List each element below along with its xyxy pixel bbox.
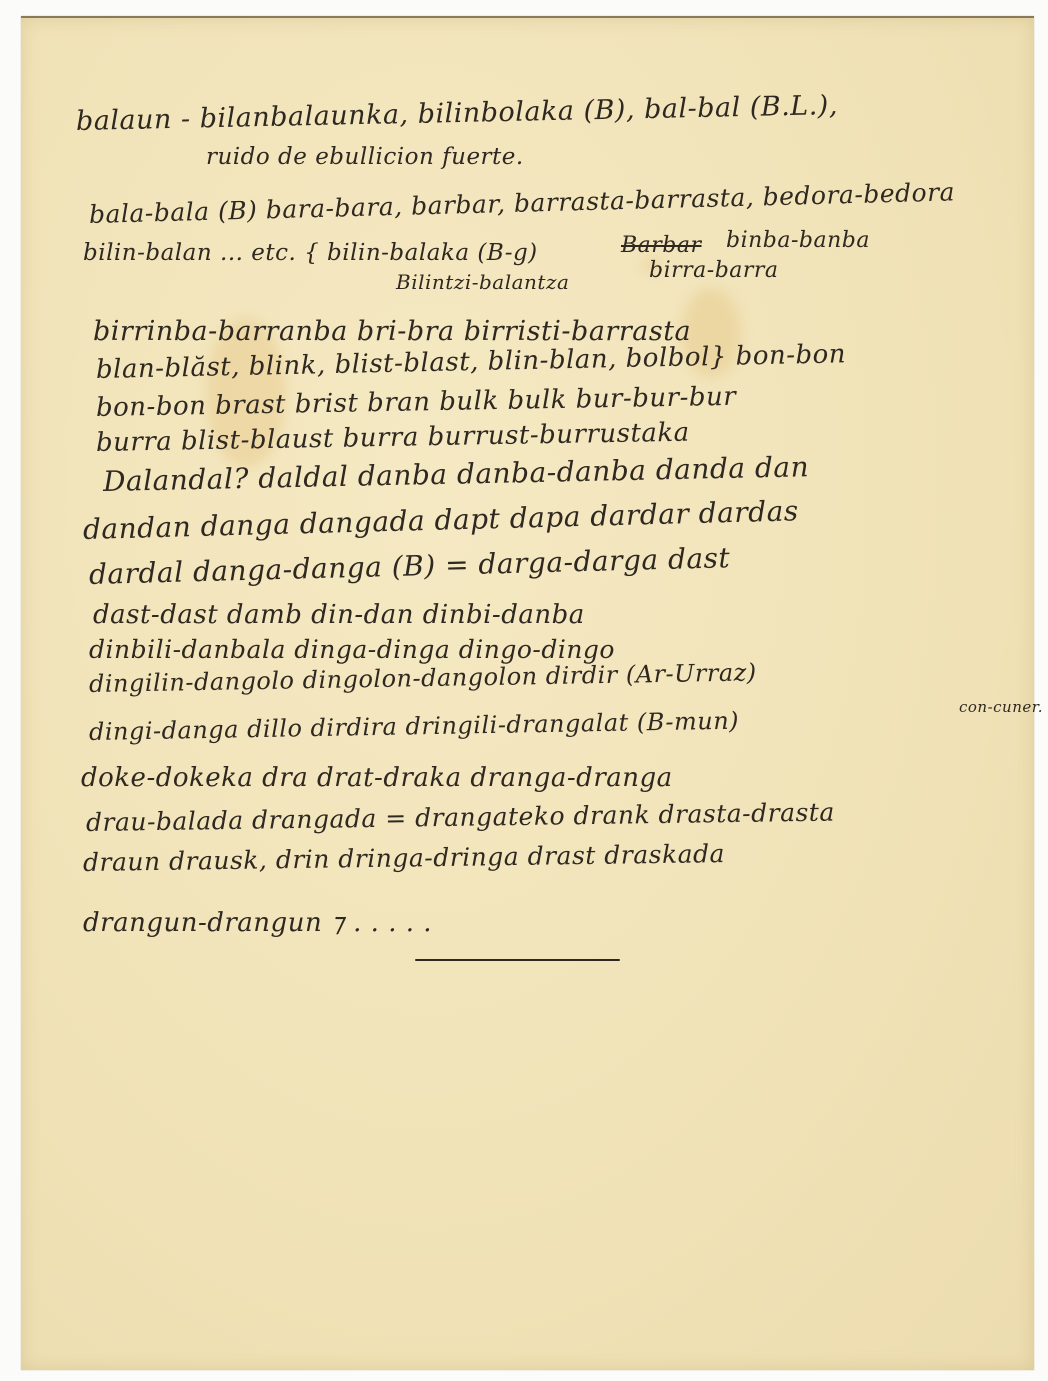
- handwritten-line: birrinba-barranba bri-bra birristi-barra…: [93, 316, 691, 347]
- handwritten-line: Bilintzi-balantza: [396, 270, 569, 294]
- handwritten-line: dast-dast damb din-dan dinbi-danba: [93, 600, 585, 630]
- handwritten-line: birra-barra: [649, 258, 779, 283]
- handwritten-line: draun drausk, drin dringa-dringa drast d…: [83, 839, 725, 877]
- handwritten-line: bilin-balan ... etc. { bilin-balaka (B-g…: [83, 240, 538, 266]
- handwritten-line: binba-banba: [726, 228, 870, 253]
- handwritten-line: dinbili-danbala dinga-dinga dingo-dingo: [89, 635, 615, 664]
- handwritten-line: doke-dokeka dra drat-draka dranga-dranga: [81, 763, 673, 793]
- handwritten-line: burra blist-blaust burra burrust-burrust…: [96, 418, 690, 458]
- handwritten-line: ruido de ebullicion fuerte.: [206, 144, 524, 170]
- handwritten-line: balaun - bilanbalaunka, bilinbolaka (B),…: [76, 90, 839, 137]
- marginal-note: con-cuner.: [959, 698, 1043, 716]
- handwritten-line: drangun-drangun ⁊ . . . . .: [83, 908, 432, 938]
- handwritten-line: dandan danga dangada dapt dapa dardar da…: [83, 494, 799, 546]
- handwritten-line: dardal danga-danga (B) = darga-darga das…: [89, 541, 731, 591]
- manuscript-page: balaun - bilanbalaunka, bilinbolaka (B),…: [21, 16, 1034, 1370]
- struck-word: Barbar: [621, 233, 702, 258]
- closing-rule: [415, 959, 620, 961]
- handwritten-line: dingilin-dangolo dingolon-dangolon dirdi…: [89, 658, 757, 698]
- handwritten-line: dingi-danga dillo dirdira dringili-drang…: [89, 707, 739, 746]
- handwritten-line: bala-bala (B) bara-bara, barbar, barrast…: [89, 177, 956, 229]
- handwritten-line: Dalandal? daldal danba danba-danba danda…: [103, 450, 810, 498]
- handwritten-line: bon-bon brast brist bran bulk bulk bur-b…: [96, 382, 737, 423]
- handwritten-line: drau-balada drangada = drangateko drank …: [86, 798, 835, 837]
